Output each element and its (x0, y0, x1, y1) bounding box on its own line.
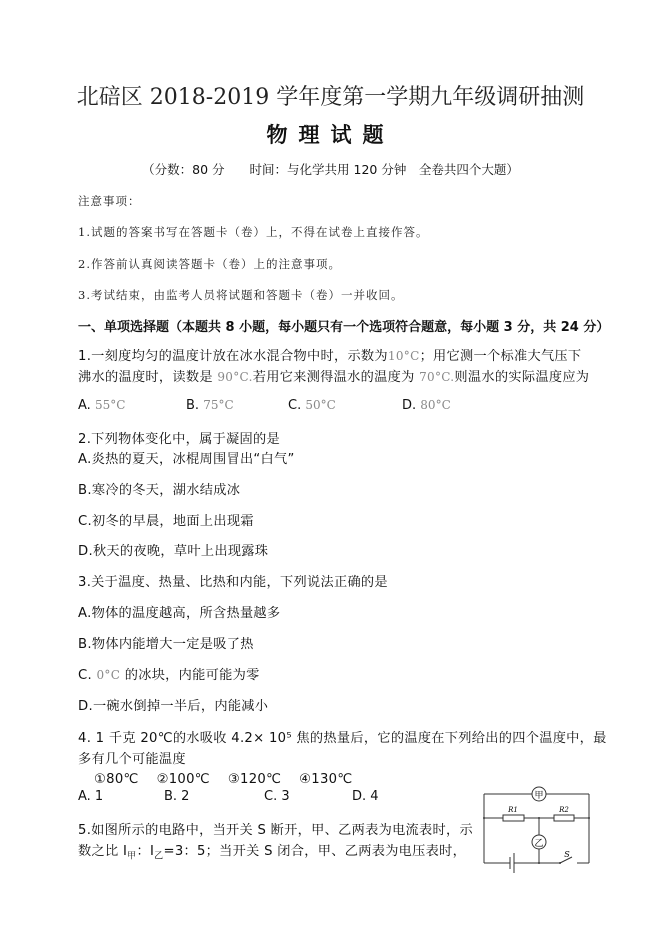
switch-s-label: S (564, 850, 570, 859)
circuit-diagram: 甲 乙 R1 R2 S (478, 782, 598, 882)
notice-item-2: 2.作答前认真阅读答题卡（卷）上的注意事项。 (78, 256, 341, 272)
q4-option-a: A. 1 (78, 789, 103, 804)
section-heading: 一、单项选择题（本题共 8 小题，每小题只有一个选项符合题意，每小题 3 分，共… (78, 316, 609, 335)
q1-text: ；用它测一个标准大气压下 (420, 349, 582, 364)
question-1-line-1: 1.一刻度均匀的温度计放在冰水混合物中时，示数为10°C；用它测一个标准大气压下 (78, 345, 581, 364)
q1-option-b: B. 75°C (186, 398, 234, 413)
q2-option-c: C.初冬的早晨，地面上出现霜 (78, 510, 254, 529)
q1-text: 若用它来测得温水的温度为 (253, 370, 415, 385)
question-5-line-1: 5.如图所示的电路中，当开关 S 断开，甲、乙两表为电流表时，示 (78, 819, 473, 838)
q1-option-a: A. 55°C (78, 398, 125, 413)
question-1-line-2: 沸水的温度时，读数是 90°C.若用它来测得温水的温度为 70°C.则温水的实际… (78, 366, 589, 385)
question-2-stem: 2.下列物体变化中，属于凝固的是 (78, 428, 280, 447)
q1-temp: 10°C (388, 349, 420, 363)
q2-option-d: D.秋天的夜晚，草叶上出现露珠 (78, 540, 268, 559)
q3-option-d: D.一碗水倒掉一半后，内能减小 (78, 695, 268, 714)
q1-option-d: D. 80°C (402, 398, 451, 413)
q2-option-b: B.寒冷的冬天，湖水结成冰 (78, 479, 240, 498)
notice-heading: 注意事项： (78, 193, 141, 209)
q1-text: 沸水的温度时，读数是 (78, 370, 213, 385)
q4-option-b: B. 2 (164, 789, 189, 804)
exam-info: （分数：80 分 时间：与化学共用 120 分钟 全卷共四个大题） (0, 160, 661, 178)
resistor-r1-label: R1 (507, 806, 518, 814)
resistor-r2-label: R2 (558, 806, 569, 814)
q4-option-d: D. 4 (352, 789, 379, 804)
question-3-stem: 3.关于温度、热量、比热和内能，下列说法正确的是 (78, 571, 388, 590)
question-4-line-1: 4. 1 千克 20℃的水吸收 4.2× 10⁵ 焦的热量后，它的温度在下列给出… (78, 727, 607, 746)
q4-option-c: C. 3 (264, 789, 290, 804)
q3-option-c: C. 0°C 的冰块，内能可能为零 (78, 664, 260, 683)
notice-item-1: 1.试题的答案书写在答题卡（卷）上，不得在试卷上直接作答。 (78, 224, 428, 240)
meter-yi-label: 乙 (534, 838, 543, 849)
q1-option-c: C. 50°C (288, 398, 336, 413)
exam-subtitle: 物理试题 (0, 119, 661, 149)
q3-option-a: A.物体的温度越高，所含热量越多 (78, 602, 280, 621)
q1-text: 1.一刻度均匀的温度计放在冰水混合物中时，示数为 (78, 349, 388, 364)
q1-text: 则温水的实际温度应为 (454, 370, 589, 385)
exam-title: 北碚区 2018-2019 学年度第一学期九年级调研抽测 (0, 80, 661, 111)
q2-option-a: A.炎热的夏天，冰棍周围冒出“白气” (78, 448, 295, 467)
q3-option-b: B.物体内能增大一定是吸了热 (78, 633, 254, 652)
notice-item-3: 3.考试结束，由监考人员将试题和答题卡（卷）一并收回。 (78, 287, 403, 303)
q1-temp: 70°C. (419, 370, 454, 384)
question-5-line-2: 数之比 I甲：I乙=3：5；当开关 S 闭合，甲、乙两表为电压表时， (78, 840, 466, 862)
question-4-line-2: 多有几个可能温度 (78, 748, 186, 767)
q1-temp: 90°C. (217, 370, 252, 384)
meter-jia-label: 甲 (534, 790, 543, 801)
q4-choices: ①80℃ ②100℃ ③120℃ ④130℃ (94, 768, 352, 787)
